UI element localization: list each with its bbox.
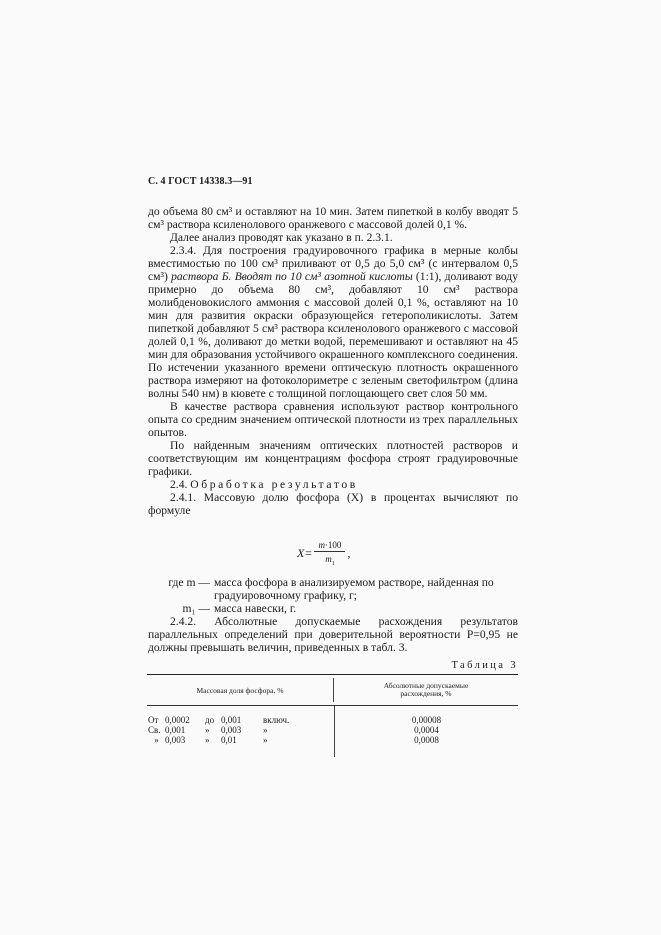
- cell: 0,003: [165, 735, 205, 745]
- p3-end: (1:1), доливают воду примерно до объема …: [148, 270, 518, 400]
- formula-numerator: m·100: [314, 540, 345, 552]
- denominator-sub: 1: [332, 561, 335, 567]
- table-row: От0,0002до0,001включ.: [148, 715, 334, 725]
- cell: От: [148, 715, 165, 725]
- legend-row-m: где m — масса фосфора в анализируемом ра…: [148, 576, 518, 602]
- legend-value: масса навески, г.: [210, 602, 518, 615]
- paragraph-2-4-2: 2.4.2. Абсолютные допускаемые расхождени…: [148, 615, 518, 654]
- table-body: От0,0002до0,001включ. Св.0,001»0,003» »0…: [147, 706, 518, 757]
- column-header-mass-fraction: Массовая доля фосфора, %: [147, 678, 334, 702]
- column-ranges: От0,0002до0,001включ. Св.0,001»0,003» »0…: [147, 706, 335, 757]
- section-heading-2-4: 2.4. Обработка результатов: [148, 478, 518, 491]
- paragraph-2-4-1: 2.4.1. Массовую долю фосфора (X) в проце…: [148, 491, 518, 517]
- body-text: до объема 80 см³ и оставляют на 10 мин. …: [148, 205, 518, 517]
- paragraph-2-4-2-wrap: 2.4.2. Абсолютные допускаемые расхождени…: [148, 615, 518, 654]
- column-header-discrepancy: Абсолютные допускаемые расхождения, %: [334, 675, 518, 705]
- cell: 0,0002: [165, 715, 205, 725]
- formula-lhs: X=: [297, 546, 312, 561]
- p3-italic: раствора Б. Вводят по 10 см³ азотной кис…: [168, 270, 413, 283]
- page-header: С. 4 ГОСТ 14338.3—91: [148, 176, 253, 187]
- formula-legend: где m — масса фосфора в анализируемом ра…: [148, 576, 518, 615]
- cell: 0,003: [221, 725, 263, 735]
- paragraph-continuation: до объема 80 см³ и оставляют на 10 мин. …: [148, 205, 518, 231]
- cell: »: [148, 735, 165, 745]
- table-cell-value: 0,00008: [335, 715, 518, 725]
- table-3: Массовая доля фосфора, % Абсолютные допу…: [147, 674, 518, 757]
- column-values: 0,00008 0,0004 0,0008: [335, 706, 518, 757]
- paragraph-2-3-4: 2.3.4. Для построения градуировочного гр…: [148, 244, 518, 400]
- cell: 0,001: [165, 725, 205, 735]
- table-row: »0,003»0,01»: [148, 735, 334, 745]
- legend-value: масса фосфора в анализируемом растворе, …: [210, 576, 518, 602]
- paragraph-comparison-solution: В качестве раствора сравнения используют…: [148, 400, 518, 439]
- table-cell-value: 0,0004: [335, 725, 518, 735]
- legend-key: где m —: [148, 576, 210, 602]
- cell: 0,01: [221, 735, 263, 745]
- cell: »: [205, 725, 221, 735]
- table-cell-value: 0,0008: [335, 735, 518, 745]
- cell: включ.: [263, 715, 289, 725]
- cell: »: [263, 725, 268, 735]
- section-number: 2.4.: [170, 478, 187, 491]
- paragraph-analysis-ref: Далее анализ проводят как указано в п. 2…: [148, 231, 518, 244]
- cell: »: [205, 735, 221, 745]
- formula: X= m·100 m1 ,: [297, 540, 350, 567]
- formula-fraction: m·100 m1: [314, 540, 345, 567]
- section-title: Обработка результатов: [190, 478, 358, 491]
- cell: до: [205, 715, 221, 725]
- table-caption: Таблица 3: [451, 660, 518, 671]
- formula-denominator: m1: [325, 552, 335, 567]
- cell: »: [263, 735, 268, 745]
- formula-comma: ,: [347, 546, 350, 561]
- table-header: Массовая доля фосфора, % Абсолютные допу…: [147, 675, 518, 705]
- numerator-rest: ·100: [325, 540, 342, 550]
- paragraph-calibration-graphs: По найденным значениям оптических плотно…: [148, 439, 518, 478]
- table-row: Св.0,001»0,003»: [148, 725, 334, 735]
- legend-row-m1: m₁ — масса навески, г.: [148, 602, 518, 615]
- column-header-text: Абсолютные допускаемые расхождения, %: [371, 682, 481, 698]
- legend-key: m₁ —: [148, 602, 210, 615]
- cell: 0,001: [221, 715, 263, 725]
- cell: Св.: [148, 725, 165, 735]
